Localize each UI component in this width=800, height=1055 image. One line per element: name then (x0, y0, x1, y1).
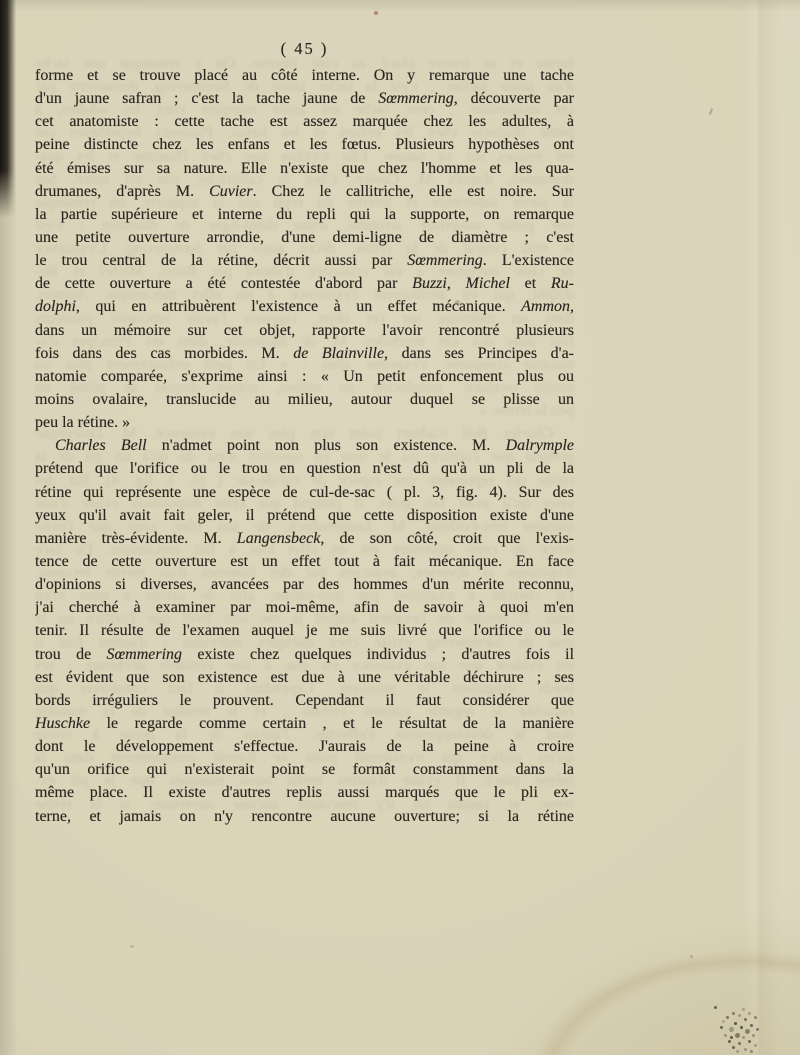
text-line: peine distincte chez les enfans et les f… (35, 133, 574, 156)
paper-speck (690, 955, 693, 958)
text-line: même place. Il existe d'autres replis au… (35, 781, 574, 804)
text-line: tenir. Il résulte de l'examen auquel je … (35, 619, 574, 642)
text-line: fois dans des cas morbides. M. de Blainv… (35, 342, 574, 365)
page-number: ( 45 ) (35, 39, 574, 59)
text-line: été émises sur sa nature. Elle n'existe … (35, 157, 574, 180)
text-line: yeux qu'il avait fait geler, il prétend … (35, 504, 574, 527)
text-line: bords irréguliers le prouvent. Cependant… (35, 689, 574, 712)
paper-fiber (709, 108, 713, 115)
text-line: d'un jaune safran ; c'est la tache jaune… (35, 87, 574, 110)
text-line: d'opinions si diverses, avancées par des… (35, 573, 574, 596)
text-line: dont le développement s'effectue. J'aura… (35, 735, 574, 758)
text-line: rétine qui représente une espèce de cul-… (35, 481, 574, 504)
text-line: la partie supérieure et interne du repli… (35, 203, 574, 226)
ink-smudge (714, 1006, 717, 1009)
body-text: forme et se trouve placé au côté interne… (35, 64, 574, 828)
text-line: Huschke le regarde comme certain , et le… (35, 712, 574, 735)
text-line: j'ai cherché à examiner par moi-même, af… (35, 596, 574, 619)
text-line: dans un mémoire sur cet objet, rapporte … (35, 319, 574, 342)
paper-speck (455, 300, 460, 304)
text-line: de cette ouverture a été contestée d'abo… (35, 272, 574, 295)
text-line: terne, et jamais on n'y rencontre aucune… (35, 805, 574, 828)
text-line: manière très-évidente. M. Langensbeck, d… (35, 527, 574, 550)
text-line: qu'un orifice qui n'existerait point se … (35, 758, 574, 781)
text-line: forme et se trouve placé au côté interne… (35, 64, 574, 87)
paper-speck (374, 11, 378, 15)
text-line: drumanes, d'après M. Cuvier. Chez le cal… (35, 180, 574, 203)
text-line: est évident que son existence est due à … (35, 666, 574, 689)
text-line: cet anatomiste : cette tache est assez m… (35, 110, 574, 133)
text-line: Charles Bell n'admet point non plus son … (35, 434, 574, 457)
text-line: tence de cette ouverture est un effet to… (35, 550, 574, 573)
page-gutter-shadow (0, 0, 17, 218)
text-line: moins ovalaire, translucide au milieu, a… (35, 388, 574, 411)
text-line: trou de Sœmmering existe chez quelques i… (35, 643, 574, 666)
paper-speck (130, 945, 134, 948)
scanned-book-page: forme et se trouve placé au côté interne… (0, 0, 800, 1055)
text-line: le trou central de la rétine, décrit aus… (35, 249, 574, 272)
text-line: une petite ouverture arrondie, d'une dem… (35, 226, 574, 249)
text-line: dolphi, qui en attribuèrent l'existence … (35, 295, 574, 318)
text-line: peu la rétine. » (35, 411, 574, 434)
text-line: natomie comparée, s'exprime ainsi : « Un… (35, 365, 574, 388)
text-line: prétend que l'orifice ou le trou en ques… (35, 457, 574, 480)
